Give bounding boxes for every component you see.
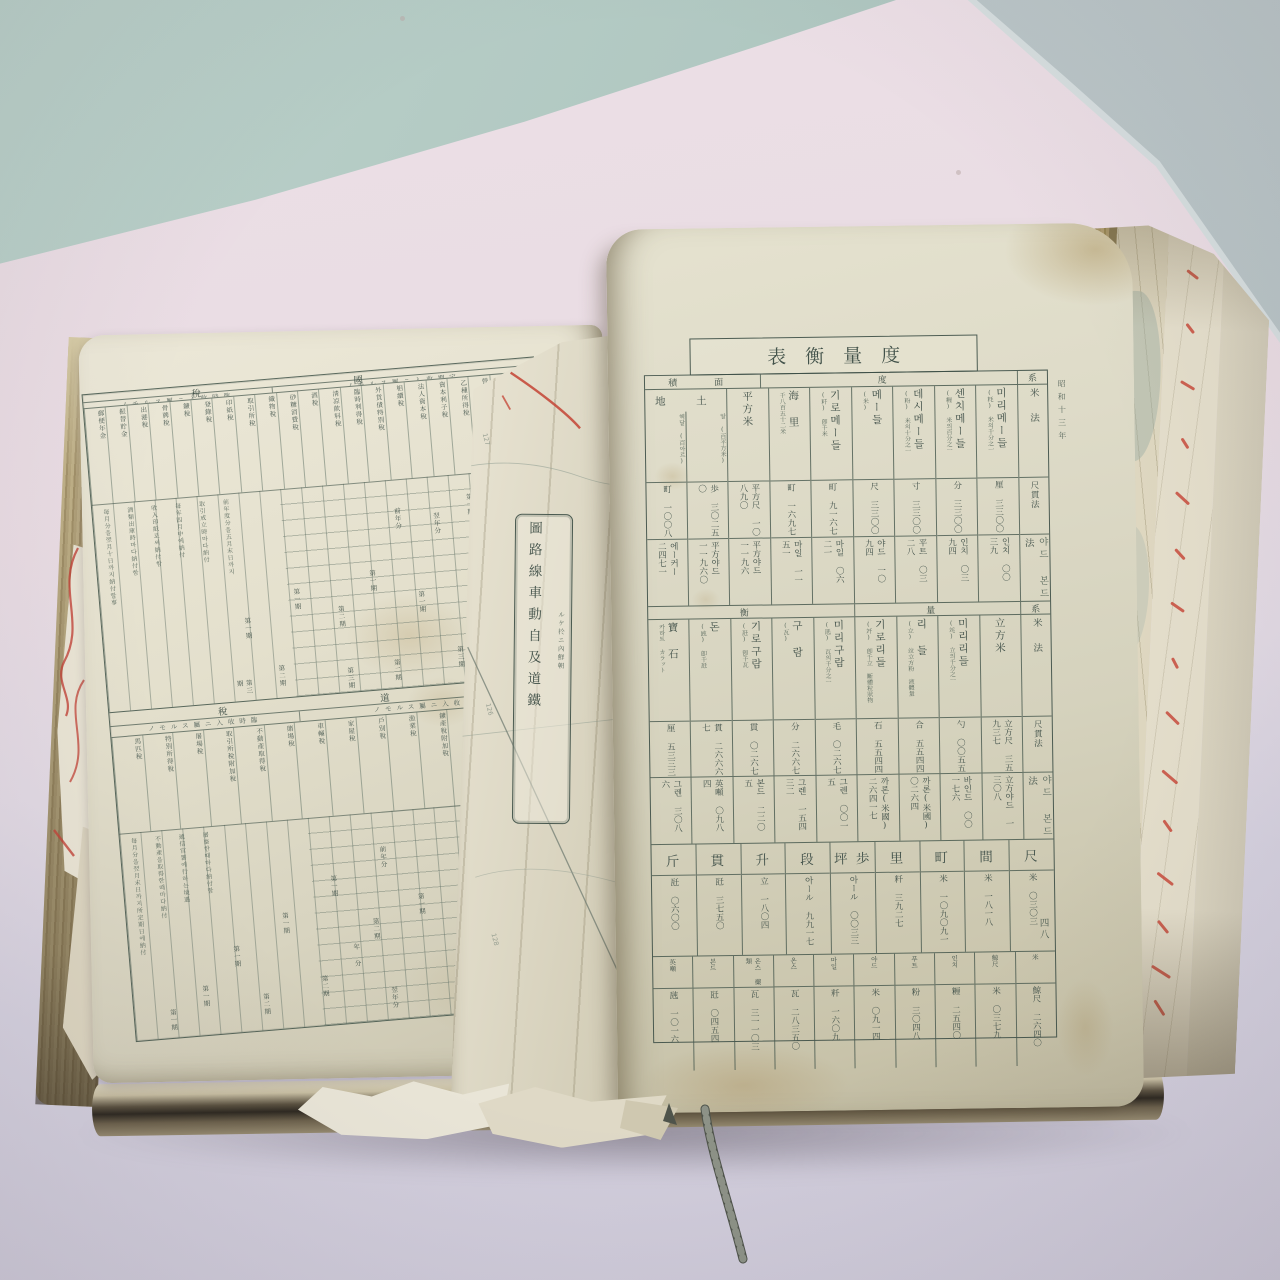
payment-note: 收入印紙로써納付함 <box>148 504 172 684</box>
column-英噸: 英噸瓲 一〇一六 <box>653 957 694 1072</box>
column-header: 센치메ー들(糎) 米의百分之一 <box>935 386 977 479</box>
column-header: 데시메ー들(粉) 米의十分之一 <box>893 386 935 479</box>
value-cell: 厘 五三三三 <box>650 721 691 778</box>
foldout-title-annotation: ルケ扵ニ內鮮朝 <box>556 611 566 671</box>
label-area: 積 面 <box>645 375 761 390</box>
unit-name: 寶 石 <box>666 622 682 721</box>
value-cell: 毛 〇二六七 <box>815 718 856 775</box>
unit-name: 기로메ー들 <box>828 389 844 479</box>
column-header: 돈(瓲) 卽千瓩 <box>690 619 732 721</box>
column-온스: 온스瓦 二八三五〇 <box>773 955 815 1070</box>
column-메ー들: 메ー들(米)尺 三三〇〇야드 一〇九四 <box>851 387 896 604</box>
column-尺: 尺米 〇三〇三 <box>1009 840 1055 952</box>
unit-header-text: 米 <box>1031 954 1040 983</box>
value-cell: 町 九一六七 <box>812 479 853 537</box>
value-text: 마일 〇六二一 <box>821 539 846 585</box>
column-貫: 貫瓩 三七五〇 <box>695 844 741 956</box>
value-cell: 에ー커ー 二四七一 <box>647 539 688 589</box>
column-里: 里粁 三九二七 <box>874 841 920 953</box>
period-mark: 第二期 <box>393 659 404 682</box>
foldout-title-text: 圖路線車動自及道鐵 <box>522 521 544 715</box>
period-mark: 第三期 <box>235 679 255 701</box>
column-돈: 돈(瓲) 卽千瓩貫 二六六六七英噸 〇九八四 <box>689 619 734 844</box>
unit-header: 斤 <box>651 845 695 876</box>
value-text: 町 九一六七 <box>826 482 839 536</box>
value-text: 그렌 一五四三二 <box>783 778 808 834</box>
value-cell: 야드 一〇九四 <box>854 536 895 586</box>
value-cell: 厘 三三〇〇 <box>978 477 1019 535</box>
bookmark-string <box>655 1095 805 1280</box>
period-mark: 第一期 <box>417 590 428 613</box>
unit-header: 인치 <box>935 953 975 985</box>
column-header: 구 람(瓦) <box>773 618 815 720</box>
value-cell: 町 一〇〇八 <box>646 482 687 540</box>
unit-header: 온스 <box>774 955 814 987</box>
unit-header: 본드 <box>693 956 733 988</box>
unit-name: 미리구람 <box>831 619 847 718</box>
period-mark: 第二期 <box>262 992 273 1015</box>
period-mark: 第二期 <box>320 975 331 998</box>
right-page: 表 衡 量 度 昭和十三年 四八 積 面 度 系 地 土 헥달 (百아르)町 一… <box>606 222 1144 1113</box>
unit-name: 立方米 <box>993 617 1009 716</box>
band-imperial-units: 英噸瓲 一〇一六본드瓩 〇四五四온스 藥類瓦 三一一〇三온스瓦 二八三五〇마일粁… <box>653 951 1057 1072</box>
value-text: 米 〇三七九 <box>989 986 1002 1065</box>
value-cell: 瓦 三一一〇三 <box>734 986 774 1069</box>
strip-char-zei: 稅 <box>217 703 230 718</box>
unit-header: 升 <box>741 843 785 874</box>
column-미리메ー들: 미리메ー들(粍) 米의千分之一厘 三三〇〇인치 〇〇三九 <box>976 385 1021 602</box>
value-text: 瓲 一〇一六 <box>667 991 680 1070</box>
value-cell: 그렌 〇〇一五 <box>816 774 857 834</box>
column-온스 藥類: 온스 藥類瓦 三一一〇三 <box>733 955 775 1070</box>
payment-note: 每月分을翌月末日까지所定期日에納付 <box>128 837 153 1028</box>
value-text: 米 一八一八 <box>981 873 994 950</box>
period-mark: 第一期 <box>243 617 254 640</box>
value-cell: 마일 〇六二一 <box>812 536 853 586</box>
value-cell: 粁 一六〇九 <box>815 985 855 1068</box>
period-mark: 第一期 <box>168 1009 179 1032</box>
unit-name: 메ー들 <box>869 389 885 479</box>
column-header: 立方米 <box>980 615 1022 717</box>
value-text: 合 五五四四 <box>913 720 926 773</box>
land-subcolumn: 헥달 (百아르)町 一〇〇八에ー커ー 二四七一 <box>645 412 688 607</box>
value-text: 寸 三三〇〇 <box>909 481 922 535</box>
payment-note: 取引成立時마다納付 <box>196 500 220 680</box>
column-升: 升立 一八〇四 <box>740 843 786 955</box>
unit-name: 리 들 <box>914 618 930 717</box>
value-text: 立方尺 三五九三七 <box>989 719 1014 772</box>
unit-header: 鯨尺 <box>975 952 1015 984</box>
value-cell: 米 〇三七九 <box>976 983 1016 1066</box>
column-鯨尺: 鯨尺米 〇三七九 <box>974 952 1016 1067</box>
period-mark: 第一期 <box>329 875 340 898</box>
band-weight-capacity: 寶 石카라트 カラット厘 五三三三그렌 三〇八六돈(瓲) 卽千瓩貫 二六六六七英… <box>648 614 1053 845</box>
strip-char-koku: 國 <box>353 372 366 387</box>
unit-header: 坪 歩 <box>831 842 875 873</box>
value-text: 糎 二五四〇 <box>949 987 962 1066</box>
value-cell: 糎 二五四〇 <box>935 984 975 1067</box>
column-header: 平方米 <box>727 388 769 481</box>
unit-name: 데시메ー들 <box>911 388 927 478</box>
payment-note: 遞信官署에行하는境遇 <box>176 833 201 1024</box>
value-text: 瓦 二八三五〇 <box>788 989 801 1068</box>
payment-note: 不動產을取得한때마다納付 <box>152 835 177 1026</box>
value-cell: 瓩 〇四五四 <box>694 987 734 1070</box>
band-japanese-units: 斤瓩 〇六〇〇貫瓩 三七五〇升立 一八〇四段아ール 九九一七坪 歩아ール 〇〇三… <box>651 839 1055 957</box>
system-yardpound-gloss: 야드 본드 <box>1038 775 1053 839</box>
value-text: 米 一〇九〇九一 <box>936 874 949 951</box>
column-구 람: 구 람(瓦)分 二六六七그렌 一五四三二 <box>772 618 817 843</box>
column-야드: 야드米 〇九一四 <box>853 954 895 1069</box>
period-mark: 第三期 <box>346 667 357 690</box>
value-cell: 粉 三〇四八 <box>895 984 935 1067</box>
column-間: 間米 一八一八 <box>964 840 1010 952</box>
column-header: 리 들(立) 竝立方粉 液體量 <box>897 616 939 718</box>
value-text: 그렌 三〇八六 <box>659 780 684 836</box>
value-text: 마일 一一五一 <box>779 540 804 586</box>
unit-header-text: 온스 <box>789 957 798 986</box>
system-yardpound: 法 <box>1021 538 1036 601</box>
value-cell: 아ール 〇〇三三 <box>831 872 876 953</box>
column-坪 歩: 坪 歩아ール 〇〇三三 <box>830 842 876 954</box>
value-cell: 까론(米國) 〇二六四 <box>899 773 940 833</box>
value-cell: 그렌 三〇八六 <box>651 777 692 837</box>
payment-note: 前年度分을五月末日까지 <box>220 498 244 678</box>
column-header: 미리리들(竓) 立의千分之一 <box>938 616 980 718</box>
value-cell: 町 一六九七 <box>770 480 811 538</box>
value-cell: 마일 一一五一 <box>771 537 812 587</box>
title-doryoko-hyo: 表 衡 量 度 <box>767 341 900 370</box>
label-system: 系 <box>1020 602 1050 614</box>
value-text: 瓩 三七五〇 <box>713 877 726 954</box>
column-header: 기로리들(竏) 卽千立 斷體粒狀物 <box>855 617 897 719</box>
column-데시메ー들: 데시메ー들(粉) 米의十分之一寸 三三〇〇平트 〇三二八 <box>892 386 937 603</box>
weights-measures-table: 積 面 度 系 地 土 헥달 (百아르)町 一〇〇八에ー커ー 二四七一알 (百平… <box>644 370 1057 1044</box>
unit-name: 돈 <box>707 621 723 720</box>
value-text: 厘 三三〇〇 <box>992 480 1005 534</box>
unit-header: 마일 <box>814 954 854 986</box>
value-cell: 까론(米國) 二六四一七 <box>858 774 899 834</box>
value-cell: 鯨尺 二六四〇 <box>1016 983 1056 1066</box>
value-text: 그렌 〇〇一五 <box>824 777 849 833</box>
value-cell: 平方야드 一一九六〇 <box>688 538 729 588</box>
value-cell: 米 〇九一四 <box>855 985 895 1068</box>
value-text: 아ール 〇〇三三 <box>847 875 860 952</box>
column-인치: 인치糎 二五四〇 <box>934 953 976 1068</box>
column-header: 海 里千八百五十二米 <box>769 388 811 481</box>
foldout-title-box: 圖路線車動自及道鐵 ルケ扵ニ內鮮朝 <box>512 514 573 825</box>
unit-header: 英噸 <box>653 957 693 989</box>
period-mark: 第一期 <box>232 945 243 968</box>
value-text: 平方야드 一一九六 <box>738 541 763 587</box>
period-mark: 第一期 <box>416 892 427 915</box>
unit-name: 平方米 <box>740 391 756 481</box>
value-text: 平트 〇三二八 <box>904 538 929 584</box>
value-cell: 粁 三九二七 <box>876 871 921 952</box>
value-text: 인치 〇〇三九 <box>987 537 1012 583</box>
value-text: 米 〇九一四 <box>869 988 882 1067</box>
column-平方米: 平方米平方尺 一〇八九〇平方야드 一一九六 <box>726 388 771 605</box>
period-mark: 前年分 <box>378 846 389 869</box>
system-yardpound: 法 <box>1024 776 1039 839</box>
band2-system-column: 米 法 尺貫法 法야드 본드 <box>1020 615 1053 839</box>
value-text: 貫 二六六六七 <box>699 723 724 776</box>
system-metric: 米 法 <box>1026 388 1041 477</box>
unit-name: 미리메ー들 <box>994 387 1010 477</box>
band1-system-column: 米 法 尺貫法 法야드 본드 <box>1017 385 1050 601</box>
unit-header-text: 본드 <box>708 958 717 987</box>
unit-header: 푸트 <box>895 953 935 985</box>
column-푸트: 푸트粉 三〇四八 <box>894 953 936 1068</box>
value-text: 본드 二二〇五 <box>742 779 767 835</box>
value-cell: 米 〇三〇三 <box>1010 870 1055 951</box>
period-mark: 第二期 <box>371 917 382 940</box>
value-text: 鯨尺 二六四〇 <box>1030 986 1043 1065</box>
value-cell: 瓲 一〇一六 <box>653 988 693 1071</box>
value-cell: 平트 〇三二八 <box>896 535 937 585</box>
column-기로메ー들: 기로메ー들(粁) 卽千米町 九一六七마일 〇六二一 <box>809 387 854 604</box>
column-header: 메ー들(米) <box>852 387 894 480</box>
value-cell: 分 二六六七 <box>774 719 815 776</box>
unit-name: 기로구람 <box>748 621 764 720</box>
value-cell: 인치 〇三九四 <box>937 535 978 585</box>
column-header: 기로구람(瓩) 卽千瓦 <box>731 618 773 720</box>
value-cell: 米 一〇九〇九一 <box>921 871 966 952</box>
value-cell: 平方尺 一〇八九〇 <box>728 480 769 538</box>
period-mark: 第一期 <box>368 569 379 592</box>
value-text: 勺 〇〇五五 <box>954 720 967 773</box>
value-cell: 그렌 一五四三二 <box>775 775 816 835</box>
column-미리구람: 미리구람(瓱) 瓦의千分之一毛 〇二六七그렌 〇〇一五 <box>813 617 858 842</box>
column-land: 地 土 헥달 (百아르)町 一〇〇八에ー커ー 二四七一알 (百平方米)歩 三〇二… <box>645 389 729 606</box>
period-mark: 第二期 <box>277 664 288 687</box>
value-text: 町 一〇〇八 <box>660 485 673 539</box>
unit-name: 센치메ー들 <box>952 388 968 478</box>
value-text: 에ー커ー 二四七一 <box>655 542 680 588</box>
unit-header: 里 <box>875 841 919 872</box>
value-cell: 尺 三三〇〇 <box>853 479 894 537</box>
value-cell: 英噸 〇九八四 <box>692 776 733 836</box>
unit-name: 구 람 <box>790 620 806 719</box>
value-text: 아ール 九九一七 <box>802 876 815 953</box>
unit-header-text: 온스 藥類 <box>744 958 762 987</box>
value-text: 인치 〇三九四 <box>945 538 970 584</box>
column-町: 町米 一〇九〇九一 <box>919 841 965 953</box>
system-metric: 米 法 <box>1029 618 1044 716</box>
unit-header: 段 <box>786 843 830 874</box>
value-text: 歩 三〇二五〇 <box>696 484 721 538</box>
unit-annotation: 헥달 (百아르) <box>645 412 686 483</box>
unit-header-text: 마일 <box>829 957 838 986</box>
column-미리리들: 미리리들(竓) 立의千分之一勺 〇〇五五바인드 〇〇一七六 <box>937 616 982 841</box>
period-mark: 第一期 <box>201 985 212 1008</box>
period-mark: 第二期 <box>336 605 347 628</box>
value-cell: 貫 〇二六七 <box>733 719 774 776</box>
value-text: 分 二六六七 <box>788 722 801 775</box>
value-cell: 勺 〇〇五五 <box>940 717 981 774</box>
value-text: 粁 一六〇九 <box>828 989 841 1068</box>
unit-header: 온스 藥類 <box>734 955 774 987</box>
value-cell: 瓩 三七五〇 <box>697 874 742 955</box>
column-마일: 마일粁 一六〇九 <box>813 954 855 1069</box>
value-text: 厘 五三三三 <box>664 724 677 777</box>
unit-name: 海 里 <box>786 390 802 480</box>
value-text: 까론(米國) 〇二六四 <box>907 776 932 832</box>
value-cell: 立 一八〇四 <box>741 873 786 954</box>
value-cell: 立方尺 三五九三七 <box>981 716 1022 773</box>
unit-header: 尺 <box>1010 840 1054 871</box>
payment-note: 每月分을翌月十日까지納付할事 <box>101 508 125 688</box>
unit-header: 米 <box>1016 952 1056 984</box>
value-text: 瓦 三一一〇三 <box>748 990 761 1069</box>
value-text: 石 五五四四 <box>871 721 884 774</box>
wall-speck <box>400 16 405 21</box>
column-米: 米鯨尺 二六四〇 <box>1015 952 1057 1067</box>
photo-open-book-scene: 稅 國 ノモルス屬ニ入收時臨 ノモルス屬ニ入收期定 郵便年金振替貯金出港稅骨牌稅… <box>0 0 1280 1280</box>
period-mark: 翌年分 <box>432 512 443 535</box>
value-text: 町 一六九七 <box>784 483 797 537</box>
value-text: 毛 〇二六七 <box>830 721 843 774</box>
value-text: 貫 〇二六七 <box>747 723 760 776</box>
column-海 里: 海 里千八百五十二米町 一六九七마일 一一五一 <box>768 388 813 605</box>
system-yardpound-gloss: 야드 본드 <box>1035 537 1050 601</box>
value-cell: 瓦 二八三五〇 <box>774 986 814 1069</box>
strip-char-zei: 稅 <box>191 385 204 400</box>
label-system: 系 <box>1017 371 1047 384</box>
unit-header-text: 英噸 <box>668 959 677 988</box>
value-text: 바인드 〇〇一七六 <box>949 776 974 832</box>
unit-header: 間 <box>965 840 1009 871</box>
value-text: 立 一八〇四 <box>757 876 770 953</box>
payment-note: 每年四月中에納付 <box>172 502 196 682</box>
value-cell: 寸 三三〇〇 <box>895 478 936 536</box>
value-cell: 石 五五四四 <box>857 718 898 775</box>
strip-char-do: 道 <box>380 690 393 705</box>
string-nub <box>663 1103 677 1125</box>
value-cell: 歩 三〇二五〇 <box>687 481 728 539</box>
payment-note: 酒類出庫時마다納付함 <box>125 506 149 686</box>
value-text: 英噸 〇九八四 <box>700 779 725 835</box>
value-cell: 平方야드 一一九六 <box>729 537 770 587</box>
unit-name: 기로리들 <box>873 619 889 718</box>
value-text: 瓩 〇四五四 <box>707 990 720 1069</box>
value-text: 瓩 〇六〇〇 <box>668 878 681 955</box>
column-본드: 본드瓩 〇四五四 <box>692 956 734 1071</box>
value-text: 尺 三三〇〇 <box>867 482 880 536</box>
red-route-line <box>510 373 581 429</box>
unit-header: 貫 <box>696 844 740 875</box>
value-cell: 바인드 〇〇一七六 <box>941 773 982 833</box>
value-text: 粉 三〇四八 <box>909 987 922 1066</box>
column-header: 기로메ー들(粁) 卽千米 <box>810 387 852 480</box>
value-text: 平方尺 一〇八九〇 <box>737 484 762 538</box>
value-text: 까론(米國) 二六四一七 <box>866 777 891 833</box>
value-cell: 分 三三〇〇 <box>936 478 977 536</box>
value-cell: 貫 二六六六七 <box>691 720 732 777</box>
column-斤: 斤瓩 〇六〇〇 <box>651 845 696 957</box>
system-shakkan: 尺貫法 <box>1028 481 1041 534</box>
unit-annotation: 알 (百平方米) <box>686 411 727 482</box>
wall-speck <box>956 170 961 175</box>
value-text: 야드 一〇九四 <box>862 539 887 585</box>
unit-header-text: 鯨尺 <box>991 954 1000 983</box>
column-header: 寶 石카라트 カラット <box>648 620 690 722</box>
table-title-box: 表 衡 量 度 <box>689 335 977 376</box>
value-cell: 인치 〇〇三九 <box>979 534 1020 584</box>
value-cell: 아ール 九九一七 <box>786 873 831 954</box>
margin-note-showa13: 昭和十三年 <box>1056 379 1068 444</box>
period-mark: 第一期 <box>292 588 303 611</box>
period-mark: 翌年分 <box>390 986 401 1009</box>
unit-header-text: 인치 <box>950 955 959 984</box>
label-capacity: 量 <box>854 602 1020 616</box>
period-mark: 第一期 <box>281 912 292 935</box>
column-센치메ー들: 센치메ー들(糎) 米의百分之一分 三三〇〇인치 〇三九四 <box>934 386 979 603</box>
unit-header: 町 <box>920 841 964 872</box>
column-header: 미리메ー들(粍) 米의千分之一 <box>977 385 1019 478</box>
unit-name: 미리리들 <box>956 618 972 717</box>
value-cell: 본드 二二〇五 <box>733 775 774 835</box>
value-cell: 合 五五四四 <box>898 717 939 774</box>
value-text: 分 三三〇〇 <box>951 481 964 535</box>
column-기로구람: 기로구람(瓩) 卽千瓦貫 〇二六七본드 二二〇五 <box>730 618 775 843</box>
land-subcolumn: 알 (百平方米)歩 三〇二五〇平方야드 一一九六〇 <box>685 411 729 606</box>
land-header: 地 土 <box>645 389 726 412</box>
value-text: 粁 三九二七 <box>892 875 905 952</box>
unit-header: 야드 <box>854 954 894 986</box>
column-리 들: 리 들(立) 竝立方粉 液體量合 五五四四까론(米國) 〇二六四 <box>896 616 941 841</box>
column-기로리들: 기로리들(竏) 卽千立 斷體粒狀物石 五五四四까론(米國) 二六四一七 <box>854 617 899 842</box>
column-寶 石: 寶 石카라트 カラット厘 五三三三그렌 三〇八六 <box>648 620 692 845</box>
value-cell: 米 一八一八 <box>965 870 1010 951</box>
value-cell: 瓩 〇六〇〇 <box>652 875 697 956</box>
value-text: 立方야드 一三〇八 <box>990 775 1015 831</box>
system-shakkan: 尺貫法 <box>1031 720 1044 772</box>
period-mark: 前年分 <box>393 507 404 530</box>
column-header: 미리구람(瓱) 瓦의千分之一 <box>814 617 856 719</box>
value-cell: 立方야드 一三〇八 <box>982 772 1023 832</box>
unit-header-text: 푸트 <box>910 955 919 984</box>
value-text: 平方야드 一一九六〇 <box>696 541 721 587</box>
unit-header-text: 야드 <box>870 956 879 985</box>
period-mark: 年 分 <box>352 943 363 968</box>
value-text: 米 〇三〇三 <box>1026 873 1039 950</box>
column-立方米: 立方米立方尺 三五九三七立方야드 一三〇八 <box>979 615 1024 840</box>
column-段: 段아ール 九九一七 <box>785 843 831 955</box>
band-length: 地 土 헥달 (百아르)町 一〇〇八에ー커ー 二四七一알 (百平方米)歩 三〇二… <box>645 384 1050 607</box>
land-subcolumns: 헥달 (百아르)町 一〇〇八에ー커ー 二四七一알 (百平方米)歩 三〇二五〇平方… <box>645 411 729 606</box>
